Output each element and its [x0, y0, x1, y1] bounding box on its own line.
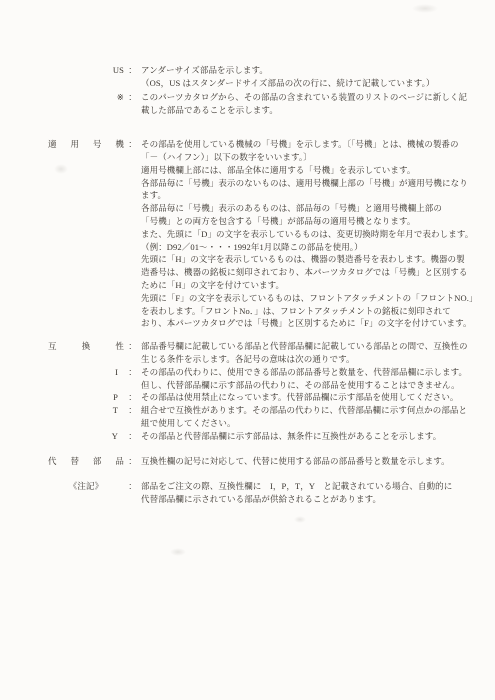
text-line: 但し、代替部品欄に示す部品の代わりに、その部品を使用することはできません。 [141, 379, 471, 392]
code-description: その部品と代替部品欄に示す部品は、無条件に互換性があることを示します。 [141, 430, 471, 443]
legend-description: このパーツカタログから、その部品の含まれている装置のリストのページに新しく記 載… [141, 91, 471, 118]
text-line: 組で使用してください。 [141, 417, 471, 430]
section-body: 互換性欄の記号に対応して、代替に使用する部品の部品番号と数量を示します。 [141, 455, 471, 468]
text-line: 各部品毎に「号機」表示のないものは、適用号機欄上部の「号機」が適用号機になり [141, 177, 471, 190]
separator-colon: ： [124, 340, 141, 353]
compatibility-code-i: I ： その部品の代わりに、使用できる部品の部品番号と数量を、代替部品欄に示しま… [0, 366, 495, 392]
text-line: 部品番号欄に記載している部品と代替部品欄に記載している部品との間で、互換性の [141, 340, 471, 353]
code-description: その部品の代わりに、使用できる部品の部品番号と数量を、代替部品欄に示します。 但… [141, 366, 471, 392]
page-content: US ： アンダーサイズ部品を示します。 （OS，US はスタンダードサイズ部品… [0, 64, 495, 506]
code-description: 組合せで互換性があります。その部品の代わりに、代替部品欄に示す何点かの部品と 組… [141, 404, 471, 430]
document-page: US ： アンダーサイズ部品を示します。 （OS，US はスタンダードサイズ部品… [0, 0, 495, 700]
text-line: その部品の代わりに、使用できる部品の部品番号と数量を、代替部品欄に示します。 [141, 366, 471, 379]
separator-colon: ： [124, 366, 141, 379]
section-heading: 互 換 性 [48, 340, 124, 353]
code-description: その部品は使用禁止になっています。代替部品欄に示す部品を使用してください。 [141, 391, 471, 404]
text-line: を表わします。「フロントNo．」は、フロントアタッチメントの銘板に刻印されて [141, 305, 471, 318]
legend-term: US [0, 64, 124, 77]
text-line: 適用号機欄上部には、部品全体に適用する「号機」を表示しています。 [141, 164, 471, 177]
legend-description: アンダーサイズ部品を示します。 （OS，US はスタンダードサイズ部品の次の行に… [141, 64, 471, 91]
text-line: おり、本パーツカタログでは「号機」と区別するために「F」の文字を付けています。 [141, 317, 471, 330]
text-line: 造番号は、機器の銘板に刻印されており、本パーツカタログでは「号機」と区別する [141, 266, 471, 279]
code-letter: P [0, 391, 124, 404]
text-line: ます。 [141, 189, 471, 202]
section-body: 部品番号欄に記載している部品と代替部品欄に記載している部品との間で、互換性の 生… [141, 340, 471, 366]
section-compatibility: 互 換 性 ： 部品番号欄に記載している部品と代替部品欄に記載している部品との間… [0, 340, 495, 442]
text-line: 先頭に「H」の文字を表示しているものは、機器の製造番号を表わします。機器の製 [141, 253, 471, 266]
text-line: その部品を使用している機械の「号機」を示します。〔「号機」とは、機械の製番の [141, 138, 471, 151]
section-row: 適 用 号 機 ： その部品を使用している機械の「号機」を示します。〔「号機」と… [0, 138, 495, 330]
separator-colon: ： [124, 64, 141, 77]
text-line: （例：D92／01～・・・1992年1月以降この部品を使用。） [141, 241, 471, 254]
section-body: 部品をご注文の際、互換性欄に I，P，T，Y と記載されている場合、自動的に 代… [141, 480, 471, 506]
section-row: 《注記》 ： 部品をご注文の際、互換性欄に I，P，T，Y と記載されている場合… [0, 480, 495, 506]
section-row: 代 替 部 品 ： 互換性欄の記号に対応して、代替に使用する部品の部品番号と数量… [0, 455, 495, 468]
compatibility-code-t: T ： 組合せで互換性があります。その部品の代わりに、代替部品欄に示す何点かの部… [0, 404, 495, 430]
scan-artifact [294, 516, 306, 523]
text-line: 載した部品であることを示します。 [141, 104, 471, 117]
text-line: このパーツカタログから、その部品の含まれている装置のリストのページに新しく記 [141, 91, 471, 104]
separator-colon: ： [124, 391, 141, 404]
text-line: 「号機」との両方を包含する「号機」が部品毎の適用号機となります。 [141, 215, 471, 228]
section-body: その部品を使用している機械の「号機」を示します。〔「号機」とは、機械の製番の 「… [141, 138, 471, 330]
section-substitute-parts: 代 替 部 品 ： 互換性欄の記号に対応して、代替に使用する部品の部品番号と数量… [0, 455, 495, 468]
text-line: アンダーサイズ部品を示します。 [141, 64, 471, 77]
separator-colon: ： [124, 455, 141, 468]
section-note: 《注記》 ： 部品をご注文の際、互換性欄に I，P，T，Y と記載されている場合… [0, 480, 495, 506]
section-applicable-serial: 適 用 号 機 ： その部品を使用している機械の「号機」を示します。〔「号機」と… [0, 138, 495, 330]
separator-colon: ： [124, 430, 141, 443]
text-line: 生じる条件を示します。各記号の意味は次の通りです。 [141, 353, 471, 366]
separator-colon: ： [124, 480, 141, 493]
separator-colon: ： [124, 404, 141, 417]
text-line: また、先頭に「D」の文字を表示しているものは、変更切換時期を年月で表わします。 [141, 228, 471, 241]
text-line: その部品と代替部品欄に示す部品は、無条件に互換性があることを示します。 [141, 430, 471, 443]
separator-colon: ： [124, 91, 141, 104]
text-line: 代替部品欄に示されている部品が供給されることがあります。 [141, 493, 471, 506]
text-line: ために「H」の文字を付けています。 [141, 279, 471, 292]
section-row: 互 換 性 ： 部品番号欄に記載している部品と代替部品欄に記載している部品との間… [0, 340, 495, 366]
note-heading: 《注記》 [48, 480, 124, 493]
text-line: 「－（ハイフン）」以下の数字をいいます。〕 [141, 151, 471, 164]
code-letter: Y [0, 430, 124, 443]
text-line: 先頭に「F」の文字を表示しているものは、フロントアタッチメントの「フロントNO.… [141, 292, 471, 305]
legend-item-us: US ： アンダーサイズ部品を示します。 （OS，US はスタンダードサイズ部品… [0, 64, 495, 91]
code-letter: T [0, 404, 124, 417]
text-line: 各部品毎に「号機」表示のあるものは、部品毎の「号機」と適用号機欄上部の [141, 202, 471, 215]
section-heading: 適 用 号 機 [48, 138, 124, 151]
legend-item-new-mark: ※ ： このパーツカタログから、その部品の含まれている装置のリストのページに新し… [0, 91, 495, 118]
separator-colon: ： [124, 138, 141, 151]
section-heading: 代 替 部 品 [48, 455, 124, 468]
text-line: 部品をご注文の際、互換性欄に I，P，T，Y と記載されている場合、自動的に [141, 480, 471, 493]
compatibility-code-p: P ： その部品は使用禁止になっています。代替部品欄に示す部品を使用してください… [0, 391, 495, 404]
code-letter: I [0, 366, 124, 379]
compatibility-code-y: Y ： その部品と代替部品欄に示す部品は、無条件に互換性があることを示します。 [0, 430, 495, 443]
scan-artifact [412, 4, 438, 13]
text-line: （OS，US はスタンダードサイズ部品の次の行に、続けて記載しています。） [141, 77, 471, 90]
text-line: 組合せで互換性があります。その部品の代わりに、代替部品欄に示す何点かの部品と [141, 404, 471, 417]
scan-artifact [170, 548, 186, 556]
legend-term: ※ [0, 91, 124, 104]
symbol-legend: US ： アンダーサイズ部品を示します。 （OS，US はスタンダードサイズ部品… [0, 64, 495, 117]
text-line: 互換性欄の記号に対応して、代替に使用する部品の部品番号と数量を示します。 [141, 455, 471, 468]
text-line: その部品は使用禁止になっています。代替部品欄に示す部品を使用してください。 [141, 391, 471, 404]
